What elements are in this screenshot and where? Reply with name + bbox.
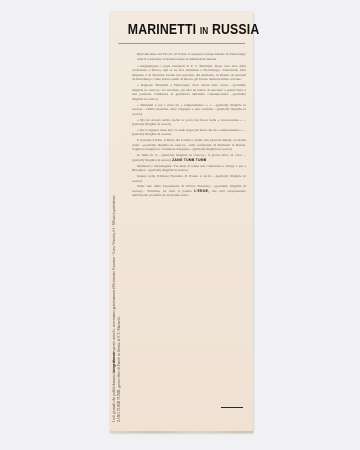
paragraph: Marinetti è intransigente. Tre mesi fa t… <box>132 164 246 173</box>
document-title: MARINETTI IN RUSSIA <box>128 21 235 38</box>
paragraph: Il giornale d'Italia, il Resto del Carli… <box>132 138 246 152</box>
title-connector: IN <box>200 26 209 37</box>
paragraph: « Ragione: Marinetti a Pietroburgo dovè … <box>132 83 246 101</box>
title-russia: RUSSIA <box>212 21 259 38</box>
zang-tumb-tumb-label: ZANG TUMB TUMB <box>172 158 206 162</box>
paragraph: « Ma ha dovuto subire anche la prova del… <box>132 118 246 127</box>
title-marinetti: MARINETTI <box>128 21 196 38</box>
article-body: Riproduciamo dal Piccolo di Trieste le s… <box>132 52 246 199</box>
margin-text: questo articolo, riceveranno gratuitamen… <box>112 195 116 350</box>
title-underline <box>118 43 245 44</box>
paragraph: Nelle sale della Esposizione di Pittura … <box>132 184 246 198</box>
vertical-margin-note: I soli giornali che pubblicheranno integ… <box>112 52 128 422</box>
margin-note-line-2: ZANG TUMB TUMB, grosso libro di Parole i… <box>117 52 122 422</box>
document-sheet: MARINETTI IN RUSSIA I soli giornali che … <box>110 12 253 433</box>
margin-text: I soli giornali che pubblicheranno <box>112 373 116 422</box>
margin-emphasis: integralmente <box>112 351 116 372</box>
paragraph: Intanto nelle Edizioni Futuriste di Poes… <box>132 174 246 183</box>
paragraph: « Per le signore russe non c'è sullo sta… <box>132 128 246 137</box>
eroe-label: L'EROE, <box>194 189 209 193</box>
paragraph: « Marinetti è per i russi un « temperame… <box>132 103 246 117</box>
signature-rule <box>221 407 243 408</box>
paragraph: In Italia fu la ...[partially illegible … <box>132 153 246 162</box>
intro-paragraph: Riproduciamo dal Piccolo di Trieste le s… <box>132 52 246 61</box>
paragraph: « Raggiungono i paesi nazionali di F. T.… <box>132 64 246 82</box>
